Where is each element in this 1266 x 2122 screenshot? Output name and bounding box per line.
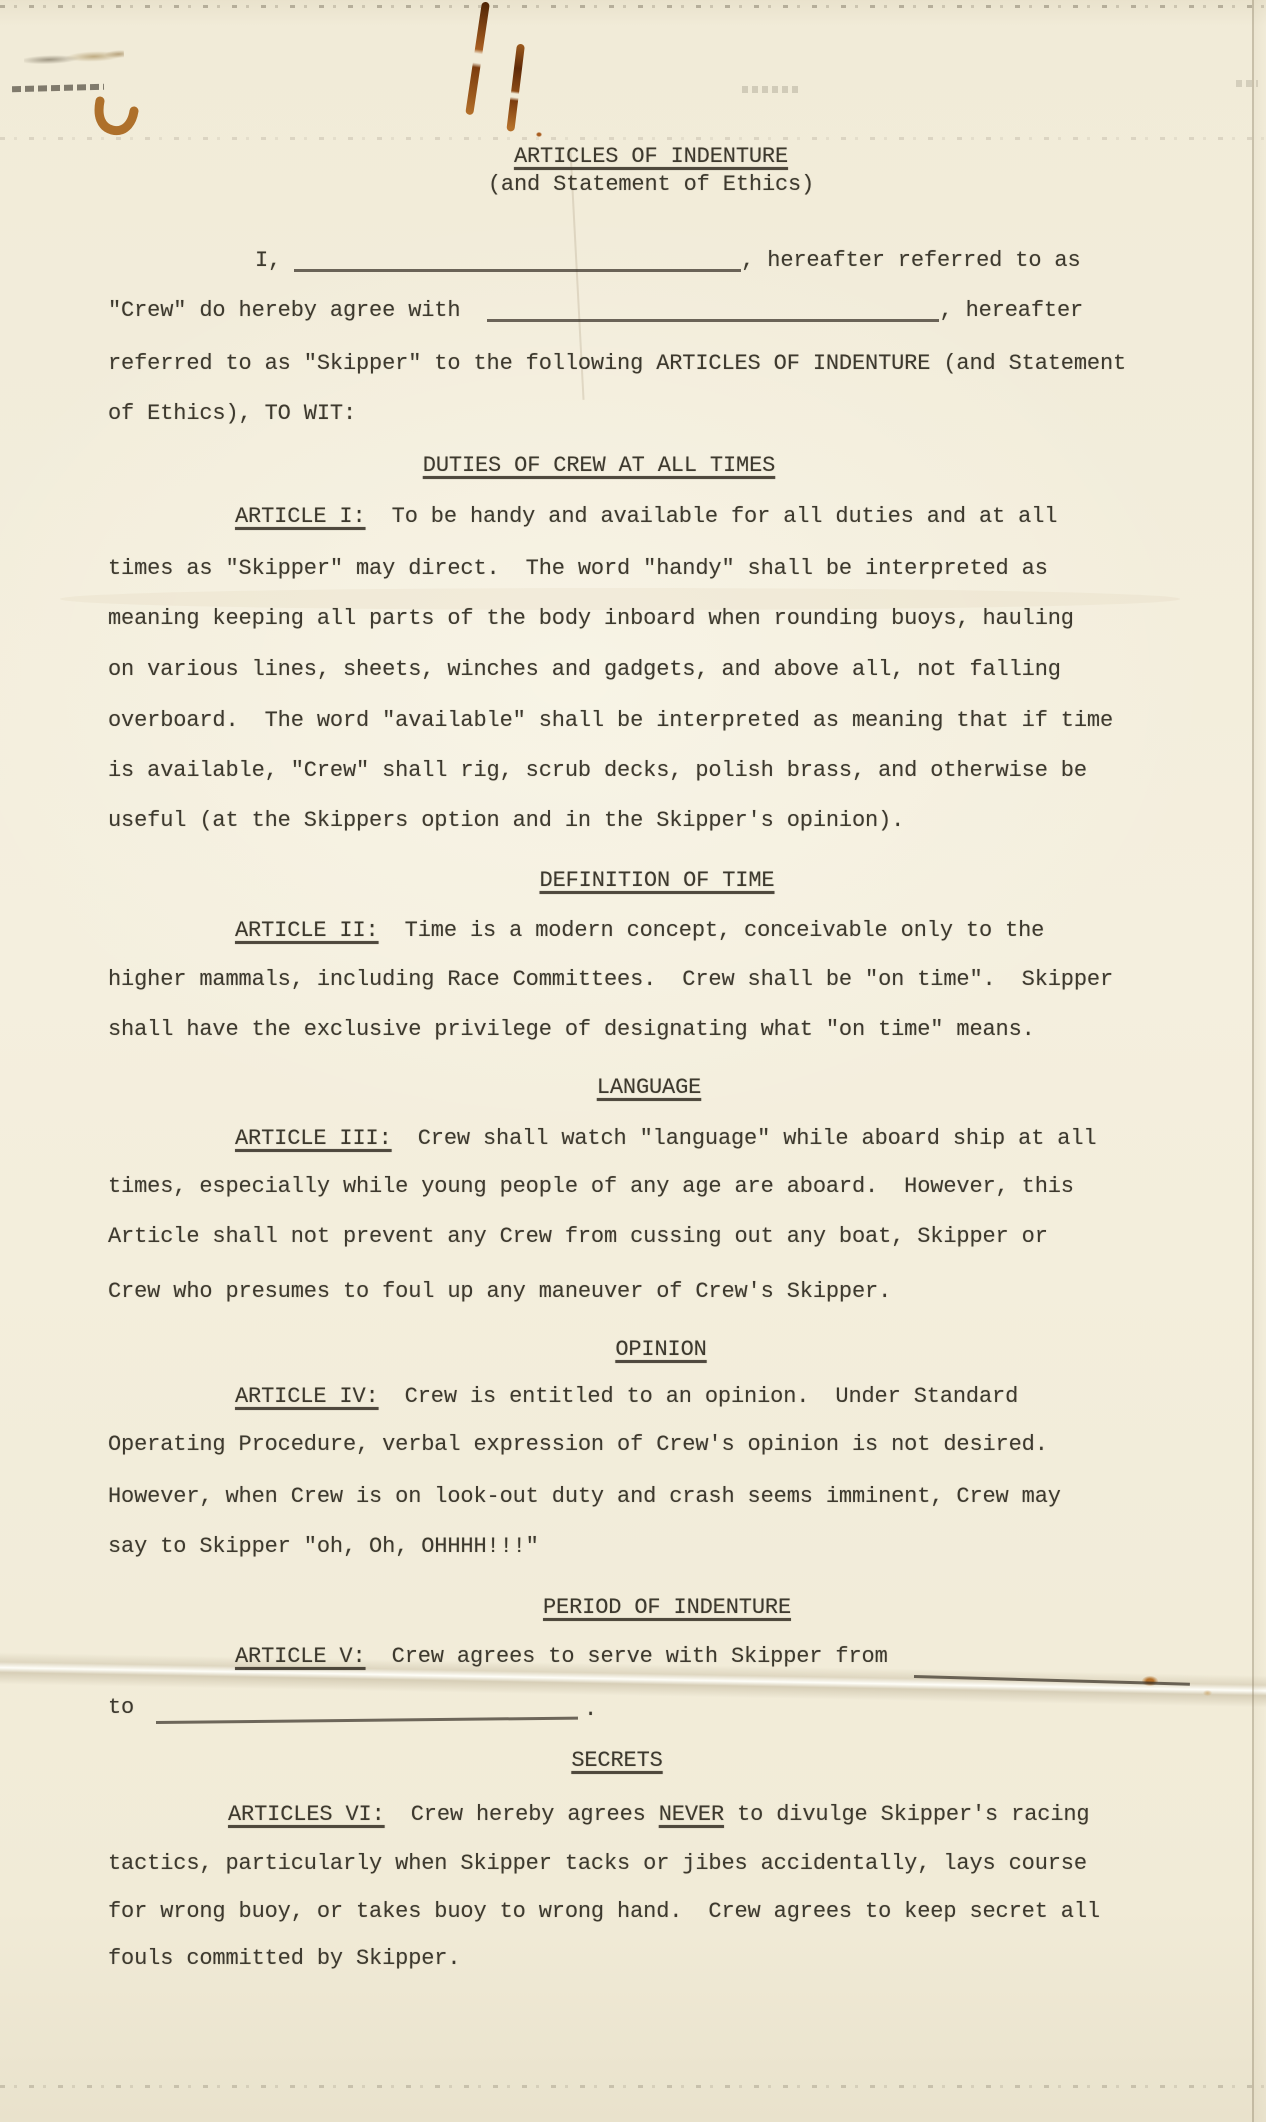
blank-date-to: [156, 1717, 578, 1724]
preamble-line-1-post: , hereafter referred to as: [741, 248, 1080, 273]
article-5-period: .: [584, 1697, 597, 1723]
article-4-label: ARTICLE IV:: [235, 1384, 379, 1409]
rust-speck: [536, 132, 542, 137]
article-3-label: ARTICLE III:: [235, 1126, 392, 1151]
article-3-line-3: Article shall not prevent any Crew from …: [108, 1224, 1048, 1250]
crease-rust-spot-small: [1203, 1690, 1212, 1696]
fold-line-bottom: [0, 2085, 1266, 2088]
document-title: ARTICLES OF INDENTURE: [18, 144, 1266, 170]
article-1-line-1: ARTICLE I: To be handy and available for…: [235, 504, 1057, 530]
section-heading-definition-of-time: DEFINITION OF TIME: [24, 868, 1266, 894]
blank-skipper-name: [487, 306, 939, 322]
article-1-line-2: times as "Skipper" may direct. The word …: [108, 556, 1048, 582]
preamble-line-2-post: , hereafter: [939, 298, 1083, 323]
article-1-label: ARTICLE I:: [235, 504, 366, 529]
article-5-label: ARTICLE V:: [235, 1644, 366, 1669]
preamble-line-3: referred to as "Skipper" to the followin…: [108, 351, 1126, 377]
preamble-line-2-pre: "Crew" do hereby agree with: [108, 298, 473, 323]
article-2-label: ARTICLE II:: [235, 918, 379, 943]
preamble-line-4: of Ethics), TO WIT:: [108, 401, 356, 427]
section-heading-secrets: SECRETS: [0, 1748, 1250, 1774]
article-6-label: ARTICLES VI:: [228, 1802, 385, 1827]
article-3-line-1: ARTICLE III: Crew shall watch "language"…: [235, 1126, 1096, 1152]
article-1-line-6: is available, "Crew" shall rig, scrub de…: [108, 758, 1087, 784]
staple-smudge: [24, 48, 124, 67]
section-heading-opinion: OPINION: [28, 1337, 1266, 1363]
rust-stain-2: [506, 44, 525, 132]
article-6-line-3: for wrong buoy, or takes buoy to wrong h…: [108, 1899, 1100, 1925]
article-2-line-1: ARTICLE II: Time is a modern concept, co…: [235, 918, 1044, 944]
article-4-line-4: say to Skipper "oh, Oh, OHHHH!!!": [108, 1534, 539, 1560]
section-heading-duties: DUTIES OF CREW AT ALL TIMES: [0, 453, 1232, 479]
article-3-line-2: times, especially while young people of …: [108, 1174, 1074, 1200]
section-heading-language: LANGUAGE: [16, 1075, 1266, 1101]
scanned-document-page: ARTICLES OF INDENTURE (and Statement of …: [0, 0, 1266, 2122]
document-subtitle: (and Statement of Ethics): [18, 172, 1266, 198]
article-4-line-2: Operating Procedure, verbal expression o…: [108, 1432, 1048, 1458]
article-6-line-4: fouls committed by Skipper.: [108, 1946, 460, 1972]
article-3-line-4: Crew who presumes to foul up any maneuve…: [108, 1279, 891, 1305]
article-6-line-1: ARTICLES VI: Crew hereby agrees NEVER to…: [228, 1802, 1089, 1828]
article-2-line-2: higher mammals, including Race Committee…: [108, 967, 1113, 993]
article-2-line-3: shall have the exclusive privilege of de…: [108, 1017, 1035, 1043]
article-5-line-1: ARTICLE V: Crew agrees to serve with Ski…: [235, 1644, 888, 1670]
rust-stain-1: [465, 1, 490, 115]
rust-hook-mark: [93, 96, 141, 138]
article-1-line-4: on various lines, sheets, winches and ga…: [108, 657, 1061, 683]
preamble-line-2: "Crew" do hereby agree with , hereafter: [108, 298, 1083, 324]
article-4-line-3: However, when Crew is on look-out duty a…: [108, 1484, 1061, 1510]
fold-line-top: [0, 5, 1266, 8]
faint-typed-smudge-left: [742, 86, 800, 93]
article-6-never-word: NEVER: [659, 1802, 724, 1827]
fold-line-upper-faint: [0, 137, 1266, 140]
article-5-line-2-to: to: [108, 1695, 134, 1721]
document-title-text: ARTICLES OF INDENTURE: [514, 144, 788, 169]
section-heading-period: PERIOD OF INDENTURE: [34, 1595, 1266, 1621]
page-edge-right: [1252, 0, 1266, 2122]
article-1-line-5: overboard. The word "available" shall be…: [108, 708, 1113, 734]
article-1-line-3: meaning keeping all parts of the body in…: [108, 606, 1074, 632]
article-4-line-1: ARTICLE IV: Crew is entitled to an opini…: [235, 1384, 1018, 1410]
preamble-line-1: I, , hereafter referred to as: [255, 248, 1081, 274]
article-1-line-7: useful (at the Skippers option and in th…: [108, 808, 904, 834]
pencil-dash-mark: [12, 84, 104, 92]
blank-crew-name: [294, 256, 741, 272]
preamble-line-1-pre: I,: [255, 248, 294, 273]
article-6-line-2: tactics, particularly when Skipper tacks…: [108, 1851, 1087, 1877]
